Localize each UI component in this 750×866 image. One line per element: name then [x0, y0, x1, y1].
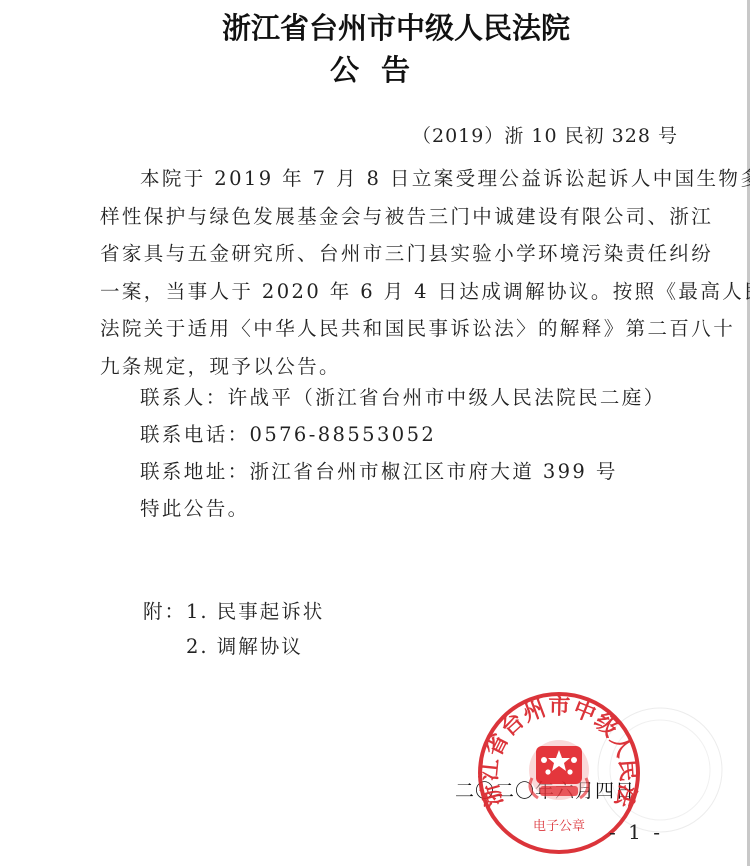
contact-phone: 联系电话：0576-88553052 [140, 419, 436, 447]
svg-text:电子公章: 电子公章 [533, 818, 585, 834]
contact-person-label: 联系人： [140, 386, 228, 409]
doc-type-title: 公告 [330, 48, 432, 89]
contact-phone-label: 联系电话： [140, 423, 250, 446]
emblem-icon [529, 740, 589, 800]
contact-address-value: 浙江省台州市椒江区市府大道 399 号 [250, 460, 618, 483]
contact-address-label: 联系地址： [140, 460, 250, 483]
body-line: 省家具与五金研究所、台州市三门县实验小学环境污染责任纠纷 [100, 235, 690, 273]
contact-address: 联系地址：浙江省台州市椒江区市府大道 399 号 [140, 456, 618, 484]
attachment-item: 1. 民事起诉状 [186, 596, 324, 624]
case-number: （2019）浙 10 民初 328 号 [412, 121, 678, 148]
contact-phone-value: 0576-88553052 [250, 423, 437, 446]
attachment-item: 2. 调解协议 [186, 631, 303, 659]
body-line: 法院关于适用〈中华人民共和国民事诉讼法〉的解释》第二百八十 [100, 310, 690, 348]
announcement-body: 本院于 2019 年 7 月 8 日立案受理公益诉讼起诉人中国生物多 样性保护与… [100, 160, 690, 385]
page-number: - 1 - [609, 820, 663, 844]
attachments-label: 附： [143, 596, 186, 624]
court-name: 浙江省台州市中级人民法院 [222, 6, 570, 47]
contact-person-value: 许战平（浙江省台州市中级人民法院民二庭） [228, 386, 666, 409]
body-line: 样性保护与绿色发展基金会与被告三门中诚建设有限公司、浙江 [100, 198, 690, 236]
body-line: 一案，当事人于 2020 年 6 月 4 日达成调解协议。按照《最高人民 [100, 273, 690, 311]
body-line: 九条规定，现予以公告。 [100, 348, 690, 386]
body-line: 本院于 2019 年 7 月 8 日立案受理公益诉讼起诉人中国生物多 [100, 160, 690, 198]
contact-person: 联系人：许战平（浙江省台州市中级人民法院民二庭） [140, 382, 666, 410]
closing-statement: 特此公告。 [140, 493, 250, 521]
